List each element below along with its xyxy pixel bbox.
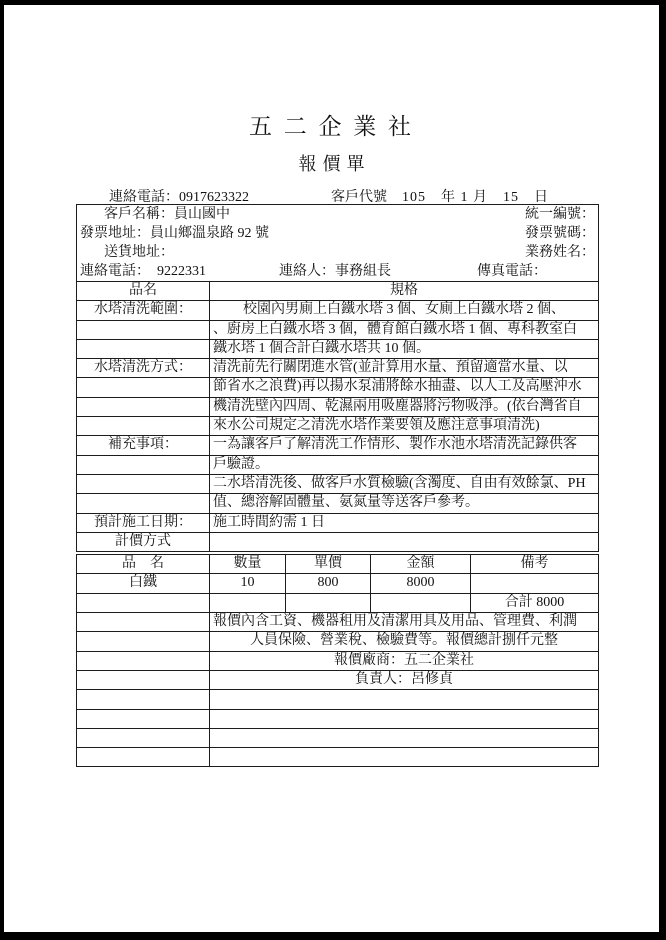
customer-name: 客戶名稱：員山國中 xyxy=(80,205,230,224)
spec-text xyxy=(210,532,599,553)
spec-row-method-2: 節省水之浪費)再以揚水泵浦將餘水抽盡、以人工及高壓沖水 xyxy=(77,378,599,397)
spec-header-row: 品名 規格 xyxy=(77,282,599,301)
footer-row-2: 人員保險、營業稅、檢驗費等。報價總計捌仟元整 xyxy=(77,632,599,651)
spec-label: 補充事項： xyxy=(77,436,210,455)
customer-phone: 連絡電話：9222331 xyxy=(80,262,279,281)
customer-code-label: 客戶代號 xyxy=(331,186,387,206)
customer-info-cell: 客戶名稱：員山國中 統一編號： 發票地址：員山鄉溫泉路 92 號 發票號碼： 送… xyxy=(77,205,599,282)
price-header-unit: 單價 xyxy=(286,553,371,574)
empty-row-4 xyxy=(77,748,599,767)
spec-row-method-1: 水塔清洗方式： 清洗前先行關閉進水管(並計算用水量、預留適當水量、以 xyxy=(77,359,599,378)
header-info-line: 連絡電話：0917623322 客戶代號 105 年 1 月 15 日 xyxy=(4,186,659,205)
spec-label xyxy=(77,339,210,358)
spec-row-note-4: 值、總溶解固體量、氨氮量等送客戶參考。 xyxy=(77,494,599,513)
price-row-total: 合計 8000 xyxy=(77,593,599,612)
empty-row-1 xyxy=(77,690,599,709)
spec-label xyxy=(77,397,210,416)
price-total-name xyxy=(77,593,210,612)
fax-label: 傳真電話： xyxy=(477,262,595,281)
spec-text: 清洗前先行關閉進水管(並計算用水量、預留適當水量、以 xyxy=(210,359,599,378)
empty-row-3 xyxy=(77,728,599,747)
spec-label: 計價方式 xyxy=(77,532,210,553)
footer-total-words-line: 人員保險、營業稅、檢驗費等。報價總計捌仟元整 xyxy=(210,632,599,651)
invoice-address: 發票地址：員山鄉溫泉路 92 號 xyxy=(80,224,269,243)
price-header-amount: 金額 xyxy=(371,553,471,574)
spec-text: 施工時間約需 1 日 xyxy=(210,513,599,532)
spec-row-scope-2: 、廚房上白鐵水塔 3 個，體育館白鐵水塔 1 個、專科教室白 xyxy=(77,320,599,339)
header-contact-phone: 連絡電話：0917623322 xyxy=(109,186,249,206)
spec-label xyxy=(77,378,210,397)
quotation-table: 客戶名稱：員山國中 統一編號： 發票地址：員山鄉溫泉路 92 號 發票號碼： 送… xyxy=(76,204,599,767)
empty-cell xyxy=(210,690,599,709)
customer-line-1: 客戶名稱：員山國中 統一編號： xyxy=(80,205,595,224)
spec-col2-header: 規格 xyxy=(210,282,599,301)
spec-row-note-3: 二水塔清洗後、做客戶水質檢驗(含濁度、自由有效餘氯、PH xyxy=(77,474,599,493)
price-item-qty: 10 xyxy=(210,574,286,593)
price-row-item: 白鐵 10 800 8000 xyxy=(77,574,599,593)
quotation-document-page: 五 二 企 業 社 報價單 連絡電話：0917623322 客戶代號 105 年… xyxy=(0,0,666,940)
spec-row-note-2: 戶驗證。 xyxy=(77,455,599,474)
spec-row-method-4: 來水公司規定之清洗水塔作業要領及應注意事項清洗) xyxy=(77,417,599,436)
spec-label xyxy=(77,494,210,513)
price-item-note xyxy=(471,574,599,593)
spec-label xyxy=(77,320,210,339)
footer-row-1: 報價內含工資、機器租用及清潔用具及用品、管理費、利潤 xyxy=(77,613,599,632)
price-header-name: 品 名 xyxy=(77,553,210,574)
footer-label-cell xyxy=(77,632,210,651)
sales-name-label: 業務姓名： xyxy=(525,243,595,262)
footer-inclusions-line: 報價內含工資、機器租用及清潔用具及用品、管理費、利潤 xyxy=(210,613,599,632)
empty-cell xyxy=(77,728,210,747)
company-name: 五 二 企 業 社 xyxy=(4,108,659,141)
shipping-address-label: 送貨地址： xyxy=(80,243,174,262)
spec-text: 來水公司規定之清洗水塔作業要領及應注意事項清洗) xyxy=(210,417,599,436)
spec-label xyxy=(77,455,210,474)
footer-label-cell xyxy=(77,670,210,689)
footer-row-vendor: 報價廠商：五二企業社 xyxy=(77,651,599,670)
empty-cell xyxy=(210,728,599,747)
spec-text: 、廚房上白鐵水塔 3 個，體育館白鐵水塔 1 個、專科教室白 xyxy=(210,320,599,339)
price-total-qty xyxy=(210,593,286,612)
price-total-amount xyxy=(371,593,471,612)
spec-text: 校園內男廁上白鐵水塔 3 個、女廁上白鐵水塔 2 個、 xyxy=(210,301,599,320)
spec-text: 二水塔清洗後、做客戶水質檢驗(含濁度、自由有效餘氯、PH xyxy=(210,474,599,493)
footer-label-cell xyxy=(77,613,210,632)
price-item-unit: 800 xyxy=(286,574,371,593)
spec-text: 戶驗證。 xyxy=(210,455,599,474)
customer-line-2: 發票地址：員山鄉溫泉路 92 號 發票號碼： xyxy=(80,224,595,243)
empty-cell xyxy=(210,709,599,728)
price-header-qty: 數量 xyxy=(210,553,286,574)
quote-date: 105 年 1 月 15 日 xyxy=(402,186,549,206)
footer-vendor-line: 報價廠商：五二企業社 xyxy=(210,651,599,670)
spec-text: 節省水之浪費)再以揚水泵浦將餘水抽盡、以人工及高壓沖水 xyxy=(210,378,599,397)
empty-cell xyxy=(77,748,210,767)
spec-row-scope-1: 水塔清洗範圍： 校園內男廁上白鐵水塔 3 個、女廁上白鐵水塔 2 個、 xyxy=(77,301,599,320)
price-total-note: 合計 8000 xyxy=(471,593,599,612)
spec-col1-header: 品名 xyxy=(77,282,210,301)
spec-text: 機清洗壁內四周、乾濕兩用吸塵器將污物吸淨。(依台灣省自 xyxy=(210,397,599,416)
price-total-unit xyxy=(286,593,371,612)
spec-row-schedule: 預計施工日期： 施工時間約需 1 日 xyxy=(77,513,599,532)
spec-text: 鐵水塔 1 個合計白鐵水塔共 10 個。 xyxy=(210,339,599,358)
spec-row-pricing-method: 計價方式 xyxy=(77,532,599,553)
uniform-number-label: 統一編號： xyxy=(525,205,595,224)
spec-label: 水塔清洗範圍： xyxy=(77,301,210,320)
spec-label xyxy=(77,474,210,493)
spec-row-note-1: 補充事項： 一為讓客戶了解清洗工作情形、製作水池水塔清洗記錄供客 xyxy=(77,436,599,455)
spec-label xyxy=(77,417,210,436)
empty-cell xyxy=(77,690,210,709)
price-header-note: 備考 xyxy=(471,553,599,574)
footer-owner-line: 負責人：呂修貞 xyxy=(210,670,599,689)
spec-label: 預計施工日期： xyxy=(77,513,210,532)
price-header-row: 品 名 數量 單價 金額 備考 xyxy=(77,553,599,574)
empty-cell xyxy=(77,709,210,728)
invoice-number-label: 發票號碼： xyxy=(525,224,595,243)
spec-label: 水塔清洗方式： xyxy=(77,359,210,378)
header-phone-label: 連絡電話： xyxy=(109,190,179,205)
footer-row-owner: 負責人：呂修貞 xyxy=(77,670,599,689)
spec-row-method-3: 機清洗壁內四周、乾濕兩用吸塵器將污物吸淨。(依台灣省自 xyxy=(77,397,599,416)
spec-text: 一為讓客戶了解清洗工作情形、製作水池水塔清洗記錄供客 xyxy=(210,436,599,455)
empty-cell xyxy=(210,748,599,767)
spec-text: 值、總溶解固體量、氨氮量等送客戶參考。 xyxy=(210,494,599,513)
form-title: 報價單 xyxy=(4,150,659,176)
price-item-name: 白鐵 xyxy=(77,574,210,593)
footer-label-cell xyxy=(77,651,210,670)
empty-row-2 xyxy=(77,709,599,728)
spec-row-scope-3: 鐵水塔 1 個合計白鐵水塔共 10 個。 xyxy=(77,339,599,358)
customer-info-row: 客戶名稱：員山國中 統一編號： 發票地址：員山鄉溫泉路 92 號 發票號碼： 送… xyxy=(77,205,599,282)
customer-line-3: 送貨地址： 業務姓名： xyxy=(80,243,595,262)
header-phone-value: 0917623322 xyxy=(179,190,249,205)
customer-line-4: 連絡電話：9222331 連絡人：事務組長 傳真電話： xyxy=(80,262,595,281)
price-item-amount: 8000 xyxy=(371,574,471,593)
customer-contact: 連絡人：事務組長 xyxy=(279,262,477,281)
